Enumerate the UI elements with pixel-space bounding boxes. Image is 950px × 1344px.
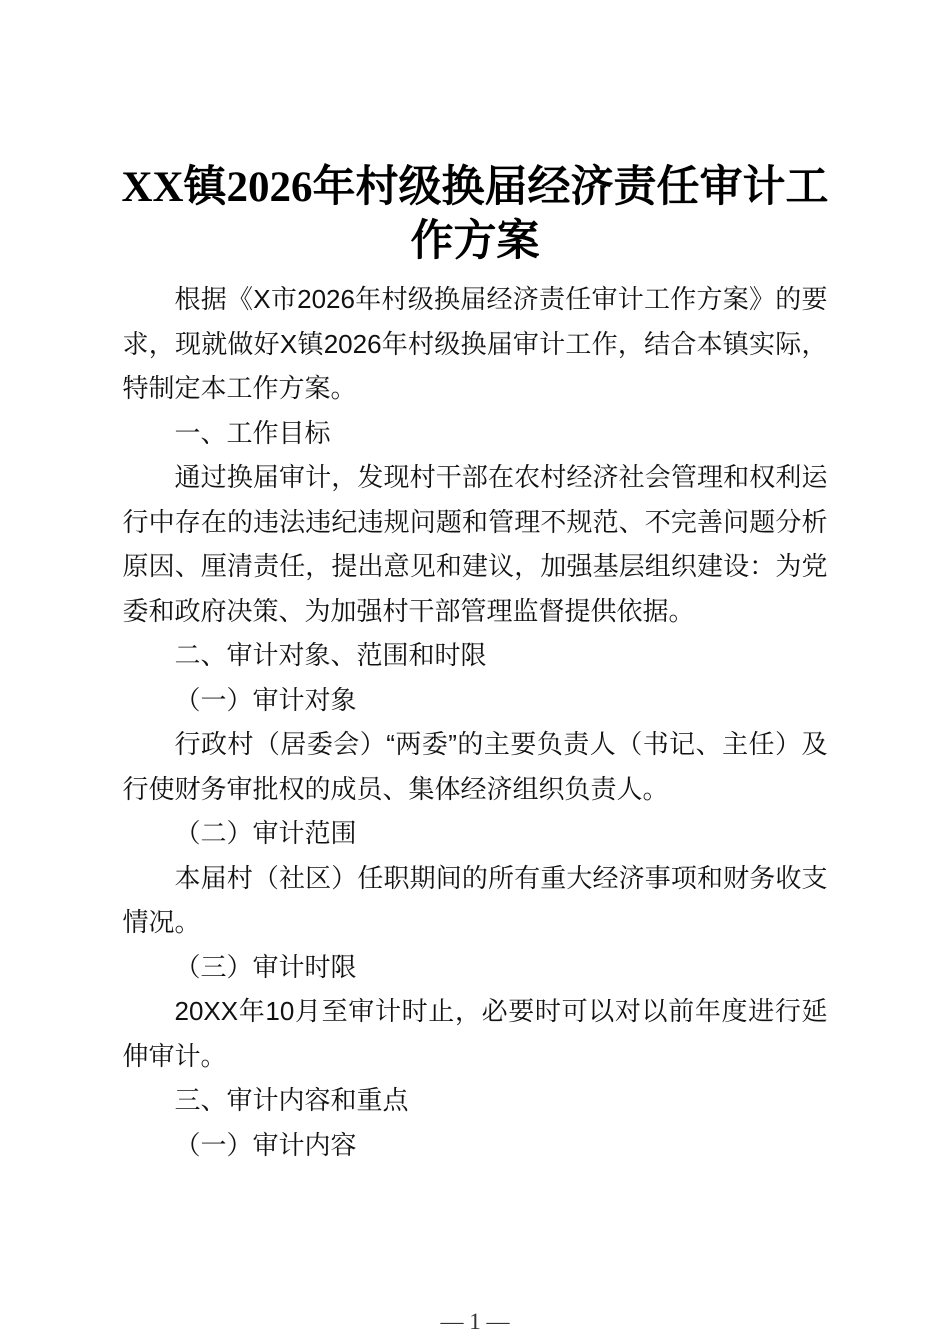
subheading-audit-target: （一）审计对象: [123, 678, 828, 723]
document-body: 根据《X市2026年村级换届经济责任审计工作方案》的要求，现就做好X镇2026年…: [123, 277, 828, 1167]
subheading-audit-content: （一）审计内容: [123, 1123, 828, 1168]
paragraph-work-goals: 通过换届审计，发现村干部在农村经济社会管理和权利运行中存在的违法违纪违规问题和管…: [123, 455, 828, 633]
heading-audit-content-focus: 三、审计内容和重点: [123, 1078, 828, 1123]
page-footer: — 1 —: [0, 1308, 950, 1336]
paragraph-audit-target: 行政村（居委会）“两委”的主要负责人（书记、主任）及行使财务审批权的成员、集体经…: [123, 722, 828, 811]
paragraph-audit-timeline: 20XX年10月至审计时止，必要时可以对以前年度进行延伸审计。: [123, 989, 828, 1078]
document-page: XX镇2026年村级换届经济责任审计工作方案 根据《X市2026年村级换届经济责…: [0, 0, 950, 1344]
subheading-audit-range: （二）审计范围: [123, 811, 828, 856]
subheading-audit-timeline: （三）审计时限: [123, 945, 828, 990]
page-number: — 1 —: [441, 1309, 510, 1334]
heading-audit-object-scope-time: 二、审计对象、范围和时限: [123, 633, 828, 678]
heading-work-goals: 一、工作目标: [123, 411, 828, 456]
intro-paragraph: 根据《X市2026年村级换届经济责任审计工作方案》的要求，现就做好X镇2026年…: [123, 277, 828, 411]
paragraph-audit-range: 本届村（社区）任职期间的所有重大经济事项和财务收支情况。: [123, 856, 828, 945]
document-title: XX镇2026年村级换届经济责任审计工作方案: [114, 161, 836, 269]
